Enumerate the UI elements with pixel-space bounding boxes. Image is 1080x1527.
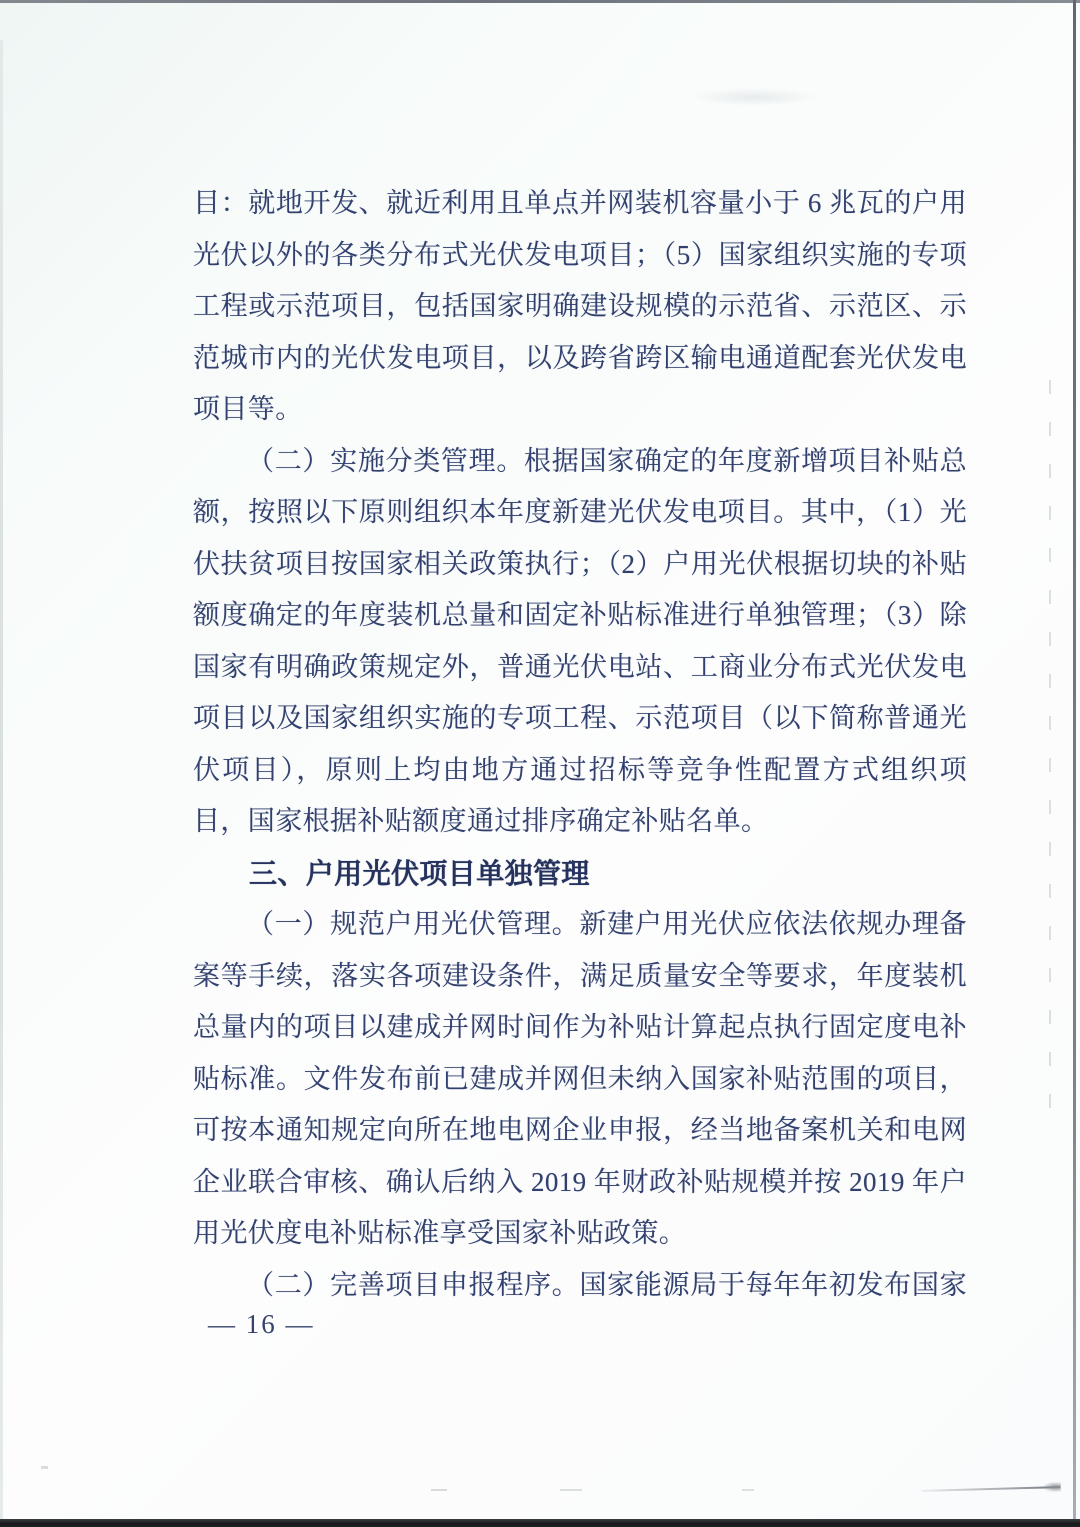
text-line: 可按本通知规定向所在地电网企业申报，经当地备案机关和电网 [193, 1105, 967, 1157]
text-line: 额，按照以下原则组织本年度新建光伏发电项目。其中，（1）光 [193, 487, 967, 539]
scanned-document-page: 目：就地开发、就近利用且单点并网装机容量小于 6 兆瓦的户用 光伏以外的各类分布… [0, 0, 1080, 1527]
document-body: 目：就地开发、就近利用且单点并网装机容量小于 6 兆瓦的户用 光伏以外的各类分布… [193, 178, 967, 1311]
text-line: 国家有明确政策规定外，普通光伏电站、工商业分布式光伏发电 [193, 642, 967, 694]
text-line: 目：就地开发、就近利用且单点并网装机容量小于 6 兆瓦的户用 [193, 178, 967, 230]
text-line: 总量内的项目以建成并网时间作为补贴计算起点执行固定度电补 [193, 1002, 967, 1054]
scan-speck [560, 1489, 582, 1491]
scan-fold-line [1049, 380, 1051, 1120]
text-line: 项目以及国家组织实施的专项工程、示范项目（以下简称普通光 [193, 693, 967, 745]
scan-streak [922, 1486, 1060, 1492]
scan-speck [41, 1466, 48, 1469]
text-line: 伏扶贫项目按国家相关政策执行；（2）户用光伏根据切块的补贴 [193, 539, 967, 591]
text-line: 目，国家根据补贴额度通过排序确定补贴名单。 [193, 796, 967, 848]
text-line: （二）实施分类管理。根据国家确定的年度新增项目补贴总 [193, 436, 967, 488]
text-line: 额度确定的年度装机总量和固定补贴标准进行单独管理；（3）除 [193, 590, 967, 642]
text-line: 贴标准。文件发布前已建成并网但未纳入国家补贴范围的项目， [193, 1054, 967, 1106]
page-number: — 16 — [208, 1304, 315, 1344]
scan-edge-top [0, 0, 1080, 3]
text-line: 工程或示范项目，包括国家明确建设规模的示范省、示范区、示 [193, 281, 967, 333]
text-line: 用光伏度电补贴标准享受国家补贴政策。 [193, 1208, 967, 1260]
text-line: 范城市内的光伏发电项目，以及跨省跨区输电通道配套光伏发电 [193, 333, 967, 385]
scan-smudge [690, 88, 820, 106]
text-line: 光伏以外的各类分布式光伏发电项目；（5）国家组织实施的专项 [193, 230, 967, 282]
text-line: 项目等。 [193, 384, 967, 436]
section-heading: 三、户用光伏项目单独管理 [193, 848, 967, 900]
scan-speck [431, 1489, 447, 1491]
text-line: 企业联合审核、确认后纳入 2019 年财政补贴规模并按 2019 年户 [193, 1157, 967, 1209]
scan-edge-bottom [0, 1519, 1080, 1527]
scan-edge-left [0, 40, 3, 1520]
scan-edge-right [1073, 0, 1076, 1521]
text-line: 案等手续，落实各项建设条件，满足质量安全等要求，年度装机 [193, 951, 967, 1003]
text-line: （一）规范户用光伏管理。新建户用光伏应依法依规办理备 [193, 899, 967, 951]
scan-streak-tip [1043, 1482, 1061, 1492]
text-line: 伏项目），原则上均由地方通过招标等竞争性配置方式组织项 [193, 745, 967, 797]
scan-speck [742, 1489, 754, 1491]
